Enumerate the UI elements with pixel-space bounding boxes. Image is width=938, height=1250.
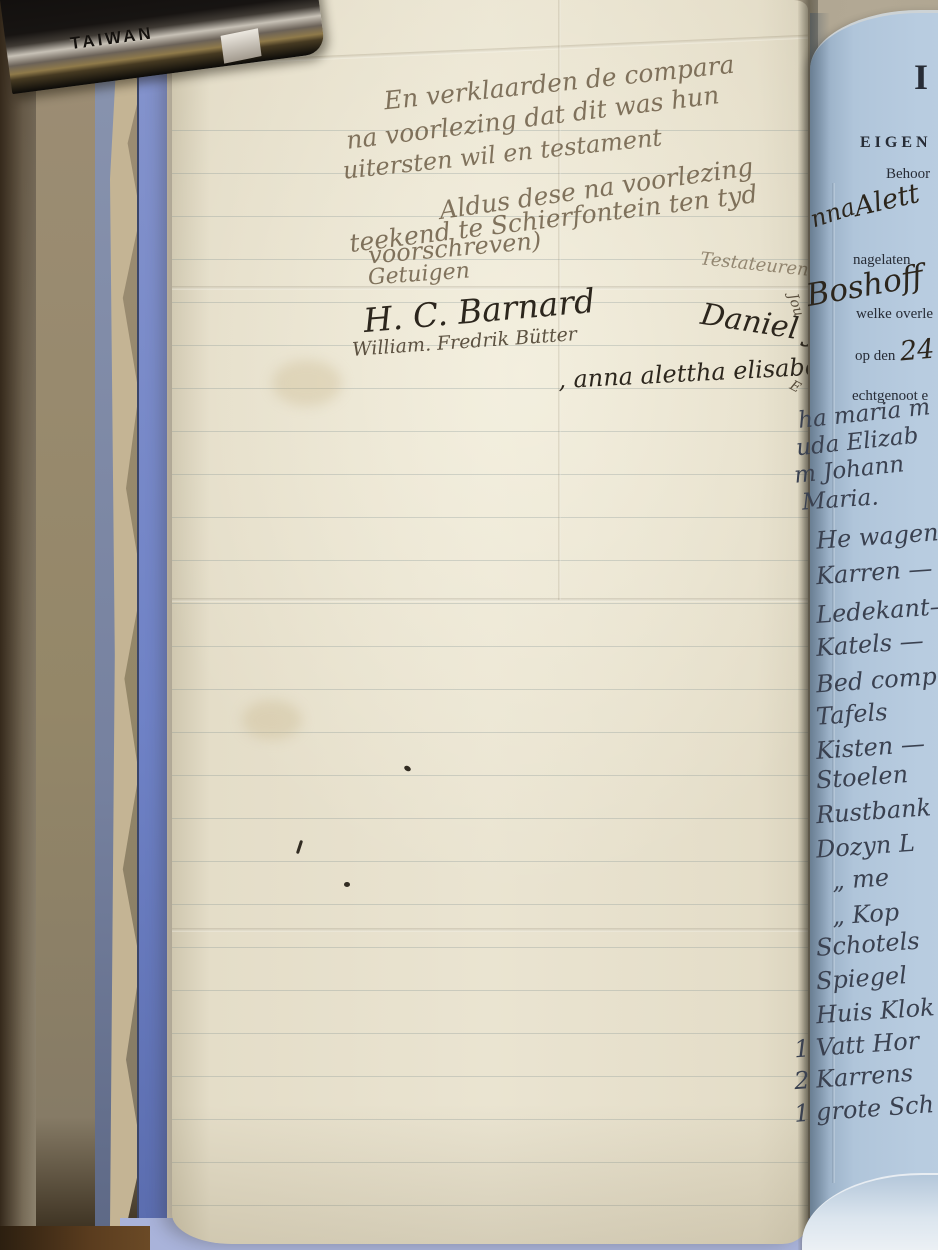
printed-op-den: op den bbox=[855, 349, 895, 364]
death-date-day: 24 bbox=[899, 336, 936, 366]
manuscript-page: En verklaarden de compara na voorlezing … bbox=[172, 0, 808, 1244]
inventory-qty bbox=[793, 1004, 810, 1029]
inventory-qty bbox=[793, 529, 810, 554]
inventory-qty bbox=[793, 637, 810, 662]
clip-stamp-text: TAIWAN bbox=[69, 23, 155, 54]
inventory-text: Vatt Hor bbox=[815, 1029, 920, 1060]
printed-title-fragment: I bbox=[914, 59, 928, 95]
inventory-text: Katels — bbox=[815, 629, 924, 660]
inventory-qty bbox=[793, 604, 810, 629]
inventory-qty bbox=[793, 970, 810, 995]
fold-crease bbox=[172, 928, 808, 932]
inventory-item: „ Kop bbox=[809, 900, 900, 930]
inventory-qty: 1 bbox=[793, 1036, 810, 1061]
inventory-text: Tafels bbox=[815, 700, 888, 729]
inventory-qty bbox=[793, 838, 810, 863]
inventory-text: Bed comp bbox=[815, 664, 937, 696]
page-bottom-shading bbox=[172, 1104, 808, 1244]
inventory-text: Schotels bbox=[815, 929, 920, 960]
archival-photo: En verklaarden de compara na voorlezing … bbox=[0, 0, 938, 1250]
inventory-text: Huis Klok bbox=[815, 995, 935, 1027]
inventory-text: „ me bbox=[831, 865, 890, 893]
inventory-text: Spiegel bbox=[815, 963, 907, 993]
inventory-qty bbox=[793, 769, 810, 794]
inventory-qty bbox=[793, 673, 810, 698]
ink-speck bbox=[344, 882, 350, 887]
inventory-qty bbox=[793, 705, 810, 730]
inventory-text: Kisten — bbox=[815, 731, 925, 763]
fold-crease bbox=[172, 598, 808, 602]
inventory-qty bbox=[793, 936, 810, 961]
printed-heading-fragment: EIGEN bbox=[860, 135, 932, 151]
inventory-item: Tafels bbox=[793, 700, 888, 730]
owner-name-fragment: Alett bbox=[852, 180, 922, 221]
clip-tip-highlight bbox=[221, 28, 262, 63]
inventory-qty: 2 bbox=[793, 1068, 810, 1093]
inventory-qty bbox=[809, 870, 826, 895]
page-stain bbox=[272, 360, 342, 406]
inventory-text: grote Sch bbox=[815, 1092, 934, 1124]
inventory-text: Dozyn L bbox=[815, 831, 915, 862]
inventory-text: He wagen, bbox=[815, 520, 938, 553]
inventory-text: Stoelen bbox=[815, 762, 909, 792]
inventory-text: Rustbank bbox=[815, 795, 932, 827]
inventory-qty bbox=[793, 565, 810, 590]
printed-welke-overleden: welke overle bbox=[856, 307, 933, 322]
desk-wood-corner bbox=[0, 1226, 150, 1250]
inventory-qty: 1 bbox=[793, 1101, 810, 1126]
inventory-qty bbox=[793, 740, 810, 765]
inventory-text: „ Kop bbox=[831, 900, 900, 929]
inventory-qty bbox=[809, 905, 826, 930]
inventory-text: Karrens bbox=[815, 1061, 914, 1092]
inventory-item: „ me bbox=[809, 865, 890, 894]
relative-line: Maria. bbox=[801, 486, 879, 514]
inventory-qty bbox=[793, 804, 810, 829]
inventory-text: Karren — bbox=[815, 556, 933, 588]
page-stain bbox=[242, 700, 302, 740]
blue-inventory-page: I EIGEN Behoor nna Alett nagelaten Bosho… bbox=[810, 10, 938, 1250]
